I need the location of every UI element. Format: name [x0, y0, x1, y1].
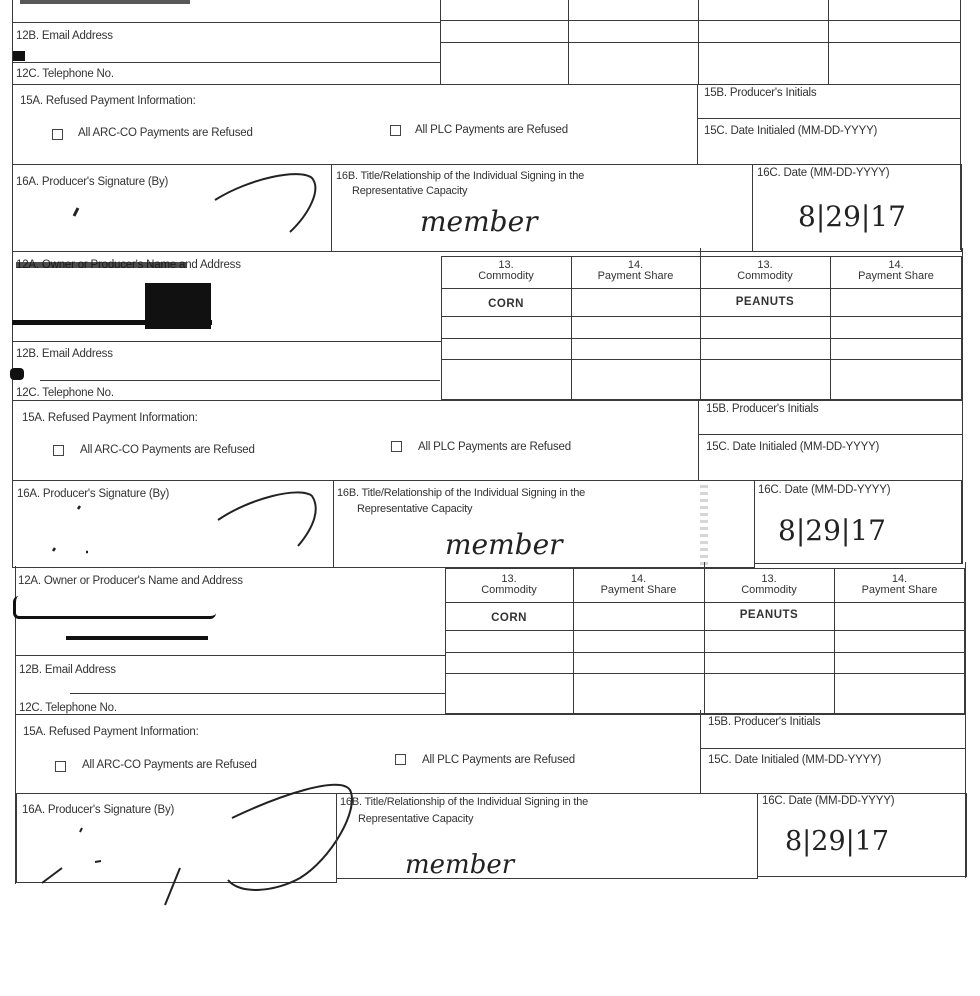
divider [697, 84, 698, 164]
title-relationship-label: 16B. Title/Relationship of the Individua… [336, 170, 584, 182]
email-label: 12B. Email Address [16, 30, 113, 42]
refused-payment-label: 15A. Refused Payment Information: [20, 95, 196, 107]
table-row-divider [441, 316, 962, 317]
divider [12, 62, 440, 63]
divider [15, 655, 445, 656]
date-initialed-label: 15C. Date Initialed (MM-DD-YYYY) [708, 754, 881, 766]
name-address-redaction [20, 0, 190, 4]
divider [70, 693, 445, 694]
scan-artifact [700, 485, 708, 565]
handwritten-signature [0, 478, 340, 568]
commodity-cell[interactable]: CORN [441, 298, 571, 310]
col-header-commodity-2: 13.Commodity [700, 260, 830, 282]
divider [12, 22, 440, 23]
col-header-payment-share-2: 14.Payment Share [834, 574, 965, 596]
producer-initials-label: 15B. Producer's Initials [704, 87, 816, 99]
title-relationship-value: member [420, 205, 538, 238]
table-row-divider [445, 673, 965, 674]
table-row-divider [441, 359, 962, 360]
representative-capacity-label: Representative Capacity [352, 185, 467, 197]
commodity-cell[interactable]: PEANUTS [700, 296, 830, 308]
divider [698, 434, 962, 435]
signature-date-label: 16C. Date (MM-DD-YYYY) [758, 484, 890, 496]
table-row-divider [440, 20, 960, 21]
form-border-right [962, 248, 963, 564]
title-relationship-value: member [405, 850, 514, 880]
plc-refused-checkbox[interactable] [395, 754, 406, 765]
arc-co-refused-label: All ARC-CO Payments are Refused [78, 127, 253, 139]
telephone-label: 12C. Telephone No. [16, 387, 114, 399]
arc-co-refused-checkbox[interactable] [53, 445, 64, 456]
divider [700, 748, 965, 749]
divider [40, 380, 440, 381]
date-initialed-label: 15C. Date Initialed (MM-DD-YYYY) [704, 125, 877, 137]
table-row-divider [445, 602, 965, 603]
name-address-redaction [12, 320, 212, 325]
table-row-divider [441, 338, 962, 339]
signature-date-label: 16C. Date (MM-DD-YYYY) [762, 795, 894, 807]
divider [697, 118, 960, 119]
name-address-label: 12A. Owner or Producer's Name and Addres… [18, 575, 243, 587]
refused-payment-label: 15A. Refused Payment Information: [23, 726, 199, 738]
plc-refused-checkbox[interactable] [391, 441, 402, 452]
signature-date-value: 8|29|17 [778, 514, 886, 547]
divider [698, 400, 699, 480]
col-header-commodity-2: 13.Commodity [704, 574, 834, 596]
plc-refused-label: All PLC Payments are Refused [415, 124, 568, 136]
producer-initials-label: 15B. Producer's Initials [708, 716, 820, 728]
plc-refused-label: All PLC Payments are Refused [418, 441, 571, 453]
email-redaction [13, 51, 25, 61]
name-address-redaction [66, 636, 208, 640]
handwritten-signature [0, 770, 380, 920]
col-header-payment-share-1: 14.Payment Share [571, 260, 700, 282]
table-row-divider [441, 288, 962, 289]
handwritten-signature [0, 160, 340, 240]
refused-payment-label: 15A. Refused Payment Information: [22, 412, 198, 424]
title-relationship-label: 16B. Title/Relationship of the Individua… [340, 796, 588, 808]
signature-date-value: 8|29|17 [785, 826, 889, 857]
col-header-commodity-1: 13.Commodity [441, 260, 571, 282]
telephone-label: 12C. Telephone No. [16, 68, 114, 80]
representative-capacity-label: Representative Capacity [358, 813, 473, 825]
col-header-commodity-1: 13.Commodity [445, 574, 573, 596]
email-label: 12B. Email Address [19, 664, 116, 676]
arc-co-refused-label: All ARC-CO Payments are Refused [80, 444, 255, 456]
title-relationship-label: 16B. Title/Relationship of the Individua… [337, 487, 585, 499]
name-address-redaction [13, 596, 216, 619]
table-row-divider [445, 652, 965, 653]
table-row-divider [445, 630, 965, 631]
plc-refused-checkbox[interactable] [390, 125, 401, 136]
producer-initials-label: 15B. Producer's Initials [706, 403, 818, 415]
commodity-cell[interactable]: CORN [445, 612, 573, 624]
date-initialed-label: 15C. Date Initialed (MM-DD-YYYY) [706, 441, 879, 453]
name-address-label-redaction [16, 262, 186, 268]
email-label: 12B. Email Address [16, 348, 113, 360]
col-header-payment-share-2: 14.Payment Share [830, 260, 962, 282]
plc-refused-label: All PLC Payments are Refused [422, 754, 575, 766]
col-header-payment-share-1: 14.Payment Share [573, 574, 704, 596]
divider [12, 84, 960, 85]
commodity-cell[interactable]: PEANUTS [704, 609, 834, 621]
table-row-divider [440, 42, 960, 43]
email-redaction [10, 368, 24, 380]
signature-date-label: 16C. Date (MM-DD-YYYY) [757, 167, 889, 179]
signature-date-value: 8|29|17 [798, 200, 906, 233]
arc-co-refused-checkbox[interactable] [52, 129, 63, 140]
telephone-label: 12C. Telephone No. [19, 702, 117, 714]
divider [15, 714, 965, 715]
title-relationship-value: member [445, 528, 563, 561]
representative-capacity-label: Representative Capacity [357, 503, 472, 515]
divider [12, 400, 962, 401]
divider [12, 341, 442, 342]
divider [700, 710, 701, 794]
